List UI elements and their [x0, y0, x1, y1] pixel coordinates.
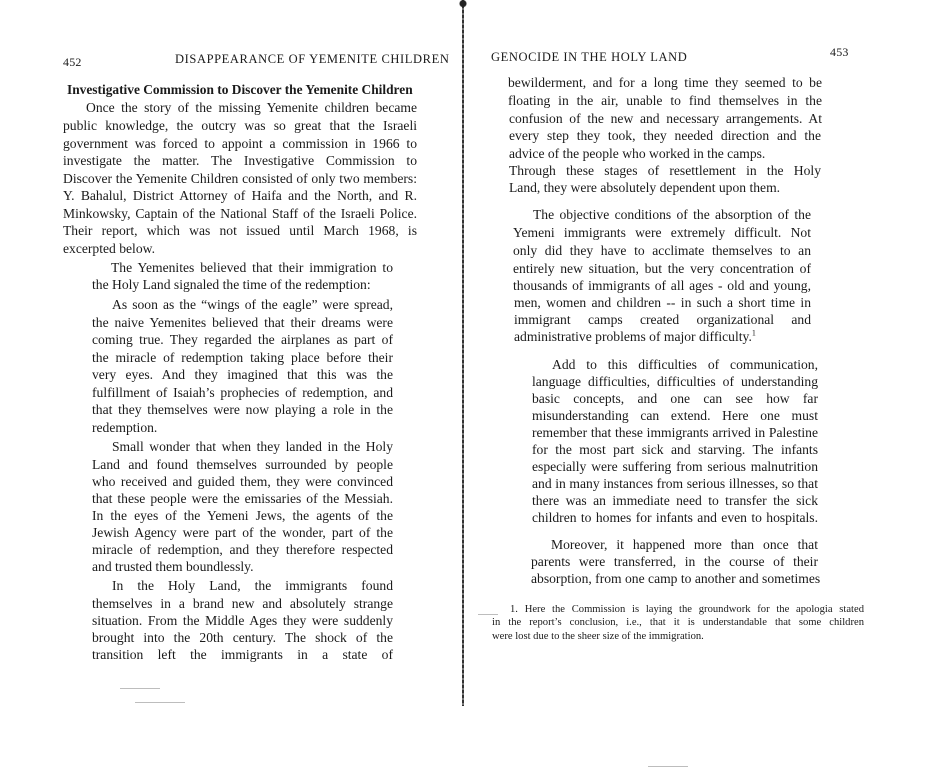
book-spread: 452 DISAPPEARANCE OF YEMENITE CHILDREN I…	[0, 0, 951, 778]
quote-line: Add to this difficulties of communicatio…	[552, 356, 818, 374]
running-head: GENOCIDE IN THE HOLY LAND	[491, 50, 687, 65]
quote-line: administrative problems of major difficu…	[514, 328, 811, 346]
quote-line: transition left the immigrants in a stat…	[92, 646, 393, 664]
body-line: Their report, which was not issued until…	[63, 222, 417, 240]
page-number: 453	[830, 45, 849, 60]
quote-line: every step they took, they needed direct…	[509, 127, 821, 145]
quote-line: absorption, from one camp to another and…	[531, 570, 818, 588]
quote-line: situation. From the Middle Ages they wer…	[92, 612, 393, 630]
left-page: 452 DISAPPEARANCE OF YEMENITE CHILDREN I…	[0, 0, 462, 778]
quote-line: As soon as the “wings of the eagle” were…	[112, 296, 393, 314]
running-head: DISAPPEARANCE OF YEMENITE CHILDREN	[175, 52, 449, 67]
scan-speck	[478, 614, 498, 615]
quote-line: very eyes. And they imagined that this w…	[92, 366, 393, 384]
quote-line: Moreover, it happened more than once tha…	[551, 536, 818, 554]
quote-line: there was an immediate need to transfer …	[532, 492, 818, 510]
page-number: 452	[63, 55, 82, 70]
quote-line: coming true. They regarded the airplanes…	[92, 331, 393, 349]
quote-line: The Yemenites believed that their immigr…	[111, 259, 393, 277]
body-line: government was forced to appoint a commi…	[63, 135, 417, 153]
quote-line: floating in the air, unable to find them…	[508, 92, 822, 110]
footnote-line: in the report’s conclusion, i.e., that i…	[492, 616, 864, 629]
footnote-line: were lost due to the sheer size of the i…	[492, 630, 864, 643]
body-line: investigate the matter. The Investigativ…	[63, 152, 417, 170]
quote-line: men, women and children -- in such a sho…	[514, 294, 811, 312]
quote-line: and trusted them boundlessly.	[92, 558, 393, 576]
quote-line: the naive Yemenites believed that their …	[92, 314, 393, 332]
quote-line: the miracle of redemption taking place b…	[92, 349, 393, 367]
footnote-line: 1. Here the Commission is laying the gro…	[510, 603, 864, 616]
quote-line: fulfillment of Isaiah’s prophecies of re…	[92, 384, 393, 402]
quote-line: that these people were the emissaries of…	[92, 490, 393, 508]
quote-line-text: administrative problems of major difficu…	[514, 329, 752, 344]
quote-line: confusion of the new and necessary arran…	[509, 110, 822, 128]
body-line: excerpted below.	[63, 240, 417, 258]
quote-line: especially were suffering from serious m…	[532, 458, 818, 476]
quote-line: The objective conditions of the absorpti…	[533, 206, 811, 224]
body-line: Once the story of the missing Yemenite c…	[86, 99, 417, 117]
quote-line: and in many instances from serious illne…	[532, 475, 818, 493]
body-line: Y. Bahalul, District Attorney of Haifa a…	[63, 187, 417, 205]
quote-line: redemption.	[92, 419, 393, 437]
quote-line: Jewish Agency were part of the wonder, p…	[92, 524, 393, 542]
quote-line: In the Holy Land, the immigrants found	[112, 577, 393, 595]
scan-speck	[135, 702, 185, 703]
quote-line: miracle of redemption, and they therefor…	[92, 541, 393, 559]
quote-line: thousands of immigrants of all ages - ol…	[513, 277, 811, 295]
quote-line: that they themselves were now playing a …	[92, 401, 393, 419]
quote-line: Land, they were absolutely dependent upo…	[509, 179, 821, 197]
scan-speck	[648, 766, 688, 767]
quote-line: immigrant camps created organizational a…	[514, 311, 811, 329]
quote-line: themselves in a brand new and absolutely…	[92, 595, 393, 613]
quote-line: advice of the people who worked in the c…	[509, 145, 821, 163]
quote-line: basic concepts, and one can see how far	[532, 390, 818, 408]
quote-line: Small wonder that when they landed in th…	[112, 438, 393, 456]
quote-line: only did they have to acclimate themselv…	[513, 242, 811, 260]
body-line: Discover the Yemenite Children consisted…	[63, 170, 417, 188]
quote-line: bewilderment, and for a long time they s…	[508, 74, 822, 92]
quote-line: for the most part sick and starving. The…	[532, 441, 818, 459]
quote-line: remember that these immigrants arrived i…	[532, 424, 818, 442]
quote-line: children to homes for infants and even t…	[532, 509, 818, 527]
body-line: Minkowsky, Captain of the National Staff…	[63, 205, 417, 223]
quote-line: Land and found themselves surrounded by …	[92, 456, 393, 474]
book-gutter-fold	[462, 0, 464, 706]
quote-line: Yemeni immigrants were extremely difficu…	[513, 224, 811, 242]
section-heading: Investigative Commission to Discover the…	[67, 81, 416, 99]
scan-speck	[120, 688, 160, 689]
quote-line: language difficulties, difficulties of u…	[532, 373, 818, 391]
quote-line: parents were transferred, in the course …	[531, 553, 818, 571]
quote-line: In the eyes of the Yemeni Jews, the agen…	[92, 507, 393, 525]
quote-line: entirely new situation, but the very con…	[513, 260, 811, 278]
quote-line: brought into the 20th century. The shock…	[92, 629, 393, 647]
right-page: GENOCIDE IN THE HOLY LAND 453 bewilderme…	[468, 0, 951, 778]
body-line: public knowledge, the outcry was so grea…	[63, 117, 417, 135]
quote-line: the Holy Land signaled the time of the r…	[92, 276, 393, 294]
quote-line: Through these stages of resettlement in …	[509, 162, 821, 180]
quote-line: misunderstanding can extend. Here one mu…	[532, 407, 818, 425]
quote-line: who received and guided them, they were …	[92, 473, 393, 491]
footnote-marker: 1	[752, 328, 756, 337]
